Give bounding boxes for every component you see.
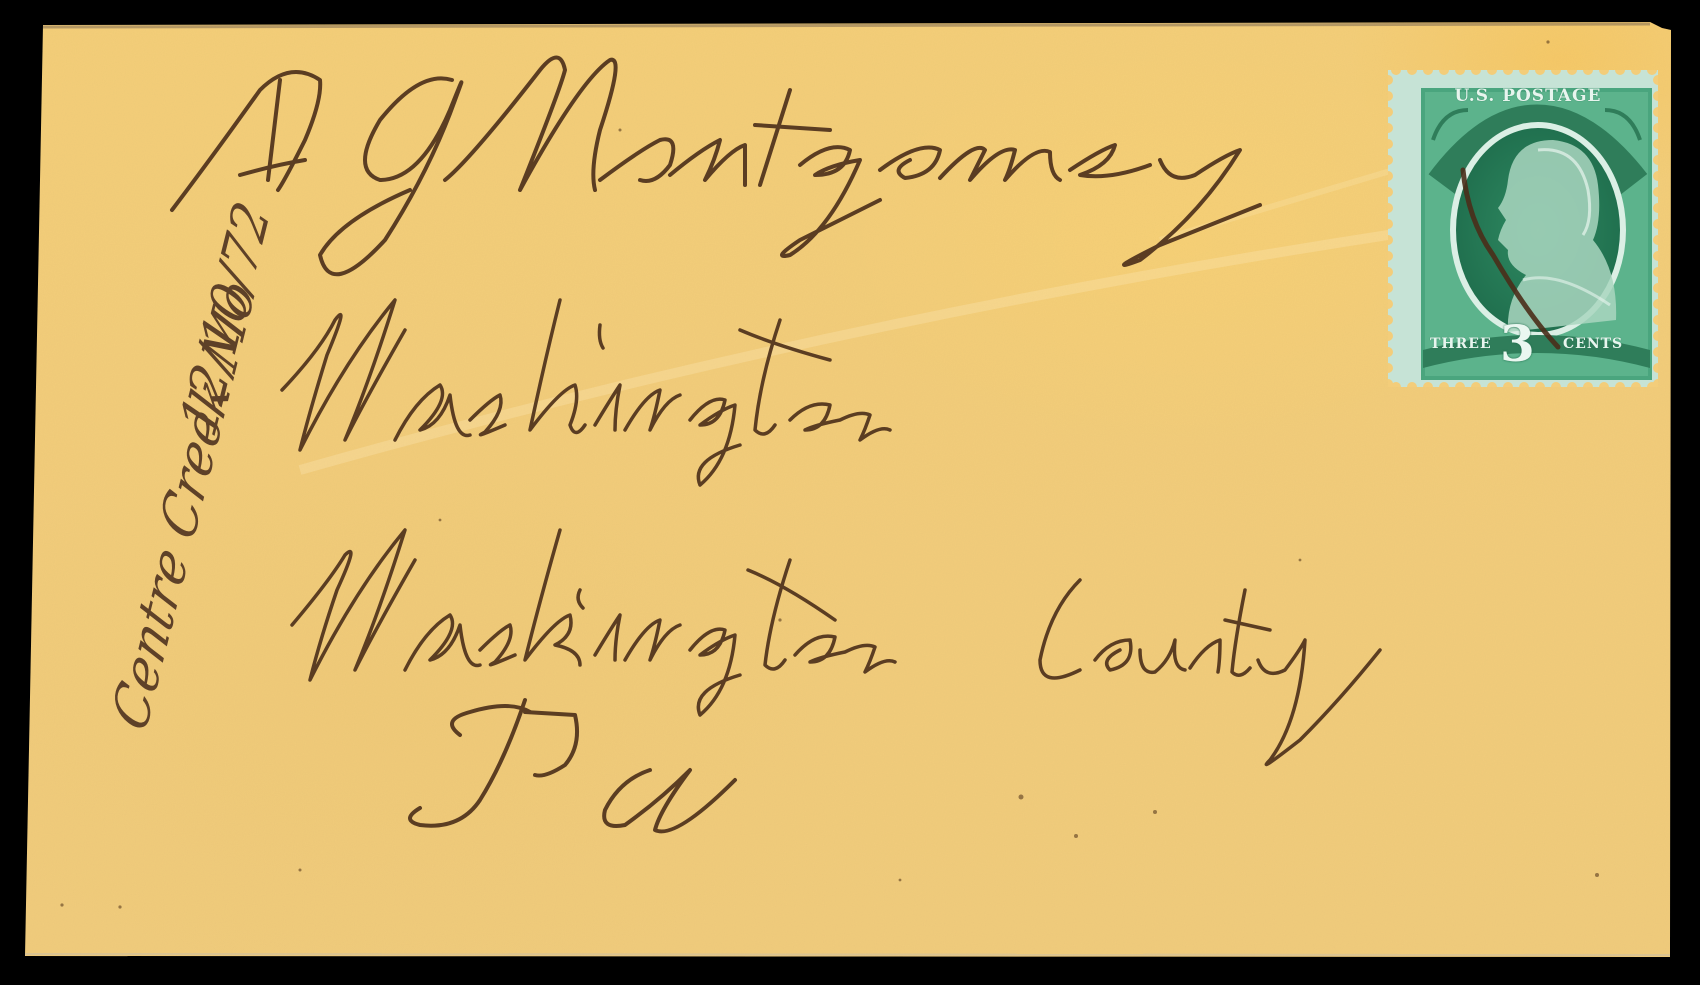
handwritten-address: [0, 0, 1700, 985]
address-line-2-strokes: [282, 300, 890, 485]
address-line-1-strokes: [172, 58, 1260, 275]
address-line-4-strokes: [410, 700, 735, 831]
